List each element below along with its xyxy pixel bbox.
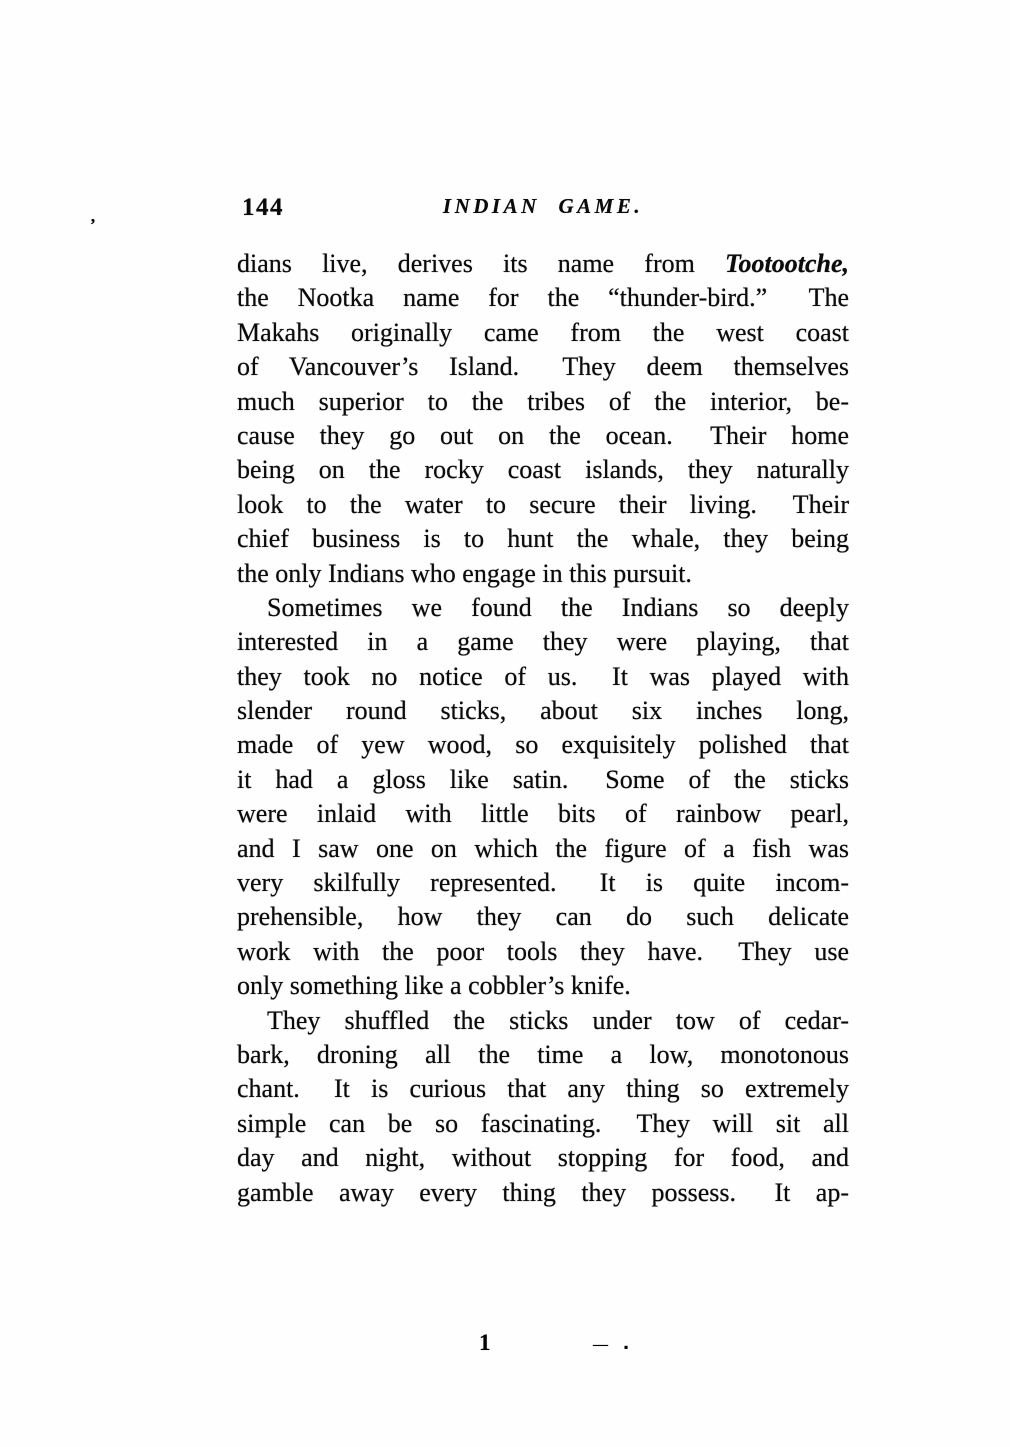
text-line: it had a gloss like satin. Some of the s… xyxy=(237,763,849,797)
page-header: 144 INDIAN GAME. xyxy=(237,194,849,226)
text-line: slender round sticks, about six inches l… xyxy=(237,694,849,728)
text-line: the only Indians who engage in this purs… xyxy=(237,557,849,591)
text-line: much superior to the tribes of the inter… xyxy=(237,385,849,419)
text-line: prehensible, how they can do such delica… xyxy=(237,900,849,934)
text-line: the Nootka name for the “thunder-bird.” … xyxy=(237,281,849,315)
ink-speck-top-left: ’ xyxy=(90,216,96,233)
text-line: they took no notice of us. It was played… xyxy=(237,660,849,694)
text-line: interested in a game they were playing, … xyxy=(237,625,849,659)
ink-mark-dash: — xyxy=(593,1338,608,1353)
text-line: and I saw one on which the figure of a f… xyxy=(237,832,849,866)
emphasized-word: Tootootche, xyxy=(725,249,849,278)
text-line: chief business is to hunt the whale, the… xyxy=(237,522,849,556)
text-segment: dians live, derives its name from xyxy=(237,249,725,278)
page-number: 144 xyxy=(242,194,284,222)
text-line: dians live, derives its name from Tootoo… xyxy=(237,247,849,281)
text-line: Sometimes we found the Indians so deeply xyxy=(237,591,849,625)
text-line: simple can be so fascinating. They will … xyxy=(237,1107,849,1141)
running-title: INDIAN GAME. xyxy=(237,194,849,219)
text-line: gamble away every thing they possess. It… xyxy=(237,1176,849,1210)
text-line: of Vancouver’s Island. They deem themsel… xyxy=(237,350,849,384)
text-line: made of yew wood, so exquisitely polishe… xyxy=(237,728,849,762)
text-line: being on the rocky coast islands, they n… xyxy=(237,453,849,487)
text-line: were inlaid with little bits of rainbow … xyxy=(237,797,849,831)
ink-mark-dot: ▪ xyxy=(624,1341,628,1353)
text-line: look to the water to secure their living… xyxy=(237,488,849,522)
text-line: only something like a cobbler’s knife. xyxy=(237,969,849,1003)
body-text-block: dians live, derives its name from Tootoo… xyxy=(237,247,849,1210)
text-line: day and night, without stopping for food… xyxy=(237,1141,849,1175)
text-line: chant. It is curious that any thing so e… xyxy=(237,1072,849,1106)
text-line: very skilfully represented. It is quite … xyxy=(237,866,849,900)
text-line: cause they go out on the ocean. Their ho… xyxy=(237,419,849,453)
text-line: bark, droning all the time a low, monoto… xyxy=(237,1038,849,1072)
ink-mark-numeral: 1 xyxy=(479,1331,491,1354)
scanned-book-page: 144 INDIAN GAME. dians live, derives its… xyxy=(0,0,1010,1447)
text-line: Makahs originally came from the west coa… xyxy=(237,316,849,350)
text-line: work with the poor tools they have. They… xyxy=(237,935,849,969)
text-line: They shuffled the sticks under tow of ce… xyxy=(237,1004,849,1038)
